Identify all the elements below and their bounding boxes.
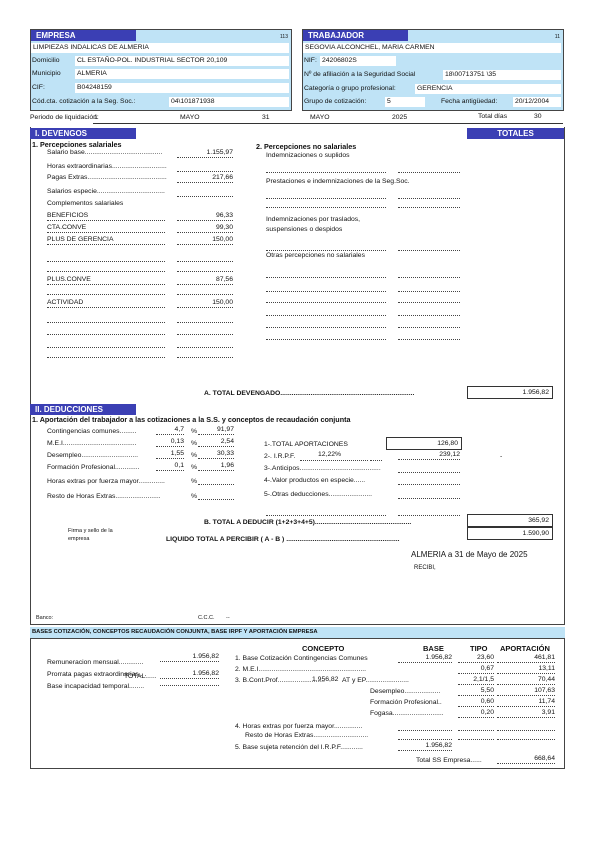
complemento-label (47, 348, 165, 358)
aportacion-title: 1. Aportación del trabajador a las cotiz… (32, 415, 350, 425)
complemento-label (47, 252, 165, 262)
banco-label: Banco: (36, 613, 53, 623)
deduccion-label: Resto de Horas Extras...................… (47, 492, 187, 502)
afiliacion-label: Nº de afiliación a la Seguridad Social (304, 70, 415, 80)
salarial-value: 217,66 (177, 173, 233, 183)
bases-left-value: 1.956,82 (160, 652, 219, 662)
irpf-dash: - (500, 452, 502, 462)
empresa-title: EMPRESA (31, 30, 136, 41)
especie-label: 4-.Valor productos en especie...... (264, 476, 365, 486)
deduccion-pct-symbol: % (191, 463, 197, 473)
grupo-label: Grupo de cotización: (304, 97, 366, 107)
deduccion-pct-symbol: % (191, 439, 197, 449)
complemento-label: PLUS.CONVE (47, 275, 165, 285)
totales-title: TOTALES (467, 128, 564, 139)
salarial-label: Horas extraordinarias...................… (47, 162, 173, 172)
recibi-label: RECIBI, (414, 563, 436, 573)
deduccion-pct: 4,7 (156, 425, 184, 435)
ccc-bank-label: C.C.C. (198, 613, 215, 623)
complemento-value (177, 285, 233, 295)
complemento-label (47, 325, 165, 335)
trabajador-code: 11 (555, 34, 560, 40)
deduccion-pct: 1,55 (156, 449, 184, 459)
deduccion-pct-symbol: % (191, 451, 197, 461)
cif-label: CIF: (32, 83, 45, 93)
total-ss-value: 668,64 (497, 754, 555, 764)
complemento-label: BENEFICIOS (47, 211, 165, 221)
bases-row-aportacion: 70,44 (497, 675, 555, 685)
total-aportaciones-label: 1-.TOTAL APORTACIONES (264, 440, 348, 450)
bases-row-aportacion: 107,63 (497, 686, 555, 696)
deduccion-label: Desempleo.............................. (47, 451, 153, 461)
deduccion-pct: 0,1 (156, 461, 184, 471)
complemento-label: ACTIVIDAD (47, 298, 165, 308)
complementos-label: Complementos salariales (47, 199, 123, 209)
deduccion-value: 1,96 (198, 461, 234, 471)
complemento-value (177, 252, 233, 262)
deduccion-pct-symbol: % (191, 492, 197, 502)
categoria-value: GERENCIA (415, 84, 561, 94)
otras-percepciones-label: Otras percepciones no salariales (266, 251, 365, 261)
bases-title: BASES COTIZACIÓN, CONCEPTOS RECAUDACIÓN … (30, 627, 565, 639)
deduccion-pct-symbol: % (191, 427, 197, 437)
deduccion-pct-symbol: % (191, 477, 197, 487)
periodo-label: Periodo de liquidación: (30, 113, 99, 123)
total-devengado-label: A. TOTAL DEVENGADO......................… (204, 389, 462, 399)
salarial-label: Salarios especie........................… (47, 187, 173, 197)
bases-row-sub: Formación Profesional.. (370, 698, 442, 708)
complemento-value (177, 348, 233, 358)
deduccion-value (198, 490, 234, 500)
empresa-name: LIMPIEZAS INDALICAS DE ALMERIA (31, 43, 289, 53)
irpf-pct: 12,22% (318, 450, 341, 460)
deduccion-value: 30,33 (198, 449, 234, 459)
nif-label: NIF: (304, 56, 317, 66)
ccc-label: Cód.cta. cotización a la Seg. Soc.: (32, 97, 136, 107)
periodo-year: 2025 (392, 113, 407, 123)
complemento-value: 150,00 (177, 235, 233, 245)
complemento-label (47, 313, 165, 323)
base-irpf-label: 5. Base sujeta retención del I.R.P.F....… (235, 743, 363, 753)
categoria-label: Categoría o grupo profesional: (304, 84, 396, 94)
base-irpf-value: 1.956,82 (398, 741, 452, 751)
ccc-value: 04\101871938 (169, 97, 289, 107)
periodo-from-month: MAYO (180, 113, 200, 123)
bases-row-sub: AT y EP....................... (342, 676, 409, 686)
deduccion-value: 91,97 (198, 425, 234, 435)
bases-left-label: Base incapacidad temporal........ (47, 682, 144, 692)
bases-row-tipo: 0,67 (458, 664, 494, 674)
grupo-value: 5 (385, 97, 425, 107)
salarial-value (177, 162, 233, 172)
bases-row-aportacion: 461,81 (497, 653, 555, 663)
bases-row-aportacion: 11,74 (497, 697, 555, 707)
bases-row-aportacion: 13,11 (497, 664, 555, 674)
complemento-value (177, 325, 233, 335)
deduccion-value (198, 475, 234, 485)
bases-row-tipo: 2,1/1,5 (458, 675, 494, 685)
liquido-value: 1.590,90 (467, 527, 553, 540)
complemento-value: 150,00 (177, 298, 233, 308)
liquido-label: LIQUIDO TOTAL A PERCIBIR ( A - B ) .....… (166, 535, 462, 545)
total-aportaciones-value: 126,80 (386, 437, 462, 450)
salarial-label: Pagas Extras............................… (47, 173, 173, 183)
devengos-title: I. DEVENGOS (30, 128, 136, 139)
cif-value: B04248159 (75, 83, 289, 93)
otras-deducciones-label: 5-.Otras deducciones....................… (264, 490, 372, 500)
complemento-value: 96,33 (177, 211, 233, 221)
bases-row-aportacion: 3,91 (497, 708, 555, 718)
domicilio-value: CL ESTAÑO-POL. INDUSTRIAL SECTOR 20,109 (75, 56, 289, 66)
empresa-panel: EMPRESA 113 LIMPIEZAS INDALICAS DE ALMER… (30, 29, 292, 111)
salarial-value (177, 187, 233, 197)
bases-row-base: 1.956,82 (312, 675, 338, 685)
bases-left-label: Remuneracion mensual............. (47, 658, 143, 668)
bases-row-sub: Desempleo................... (370, 687, 440, 697)
periodo-to-month: MAYO (310, 113, 330, 123)
irpf-label: 2-. I.R.P.F. (264, 452, 295, 462)
ccc-bank-value: -- (226, 613, 230, 623)
domicilio-label: Domicilio (32, 56, 60, 66)
prestaciones-label: Prestaciones e indemnizaciones de la Seg… (266, 177, 410, 187)
bases-row-label: 1. Base Cotización Contingencias Comunes (235, 654, 395, 664)
irpf-value: 239,12 (398, 450, 460, 460)
periodo-from-day: 1 (94, 113, 98, 123)
nif-value: 24206802S (320, 56, 396, 66)
traslados-label-1: Indemnizaciones por traslados, (266, 215, 360, 225)
salarial-label: Salario base............................… (47, 148, 173, 158)
firma-label: Firma y sello de la empresa (68, 527, 130, 543)
bases-left-value (160, 676, 219, 686)
complemento-value (177, 262, 233, 272)
salarial-value: 1.155,97 (177, 148, 233, 158)
bases-row-label: 2. M.E.I................................… (235, 665, 395, 675)
bases-row-tipo: 5,50 (458, 686, 494, 696)
afiliacion-value: 18\00713751 \35 (443, 70, 561, 80)
bases-left-label: Prorrata pagas extraordinarias.. . (47, 670, 146, 680)
total-dias-value: 30 (534, 112, 542, 122)
total-ss-label: Total SS Empresa...... (416, 756, 482, 766)
deduccion-label: Horas extras por fuerza mayor...........… (47, 477, 187, 487)
header-concepto: CONCEPTO (302, 644, 344, 654)
complemento-label (47, 338, 165, 348)
lugar-fecha: ALMERIA a 31 de Mayo de 2025 (411, 550, 528, 560)
municipio-value: ALMERIA (75, 69, 289, 79)
empresa-code: 113 (280, 34, 288, 40)
traslados-label-2: suspensiones o despidos (266, 225, 342, 235)
periodo-to-day: 31 (262, 113, 270, 123)
complemento-value: 87,56 (177, 275, 233, 285)
deduccion-label: M.E.I...................................… (47, 439, 153, 449)
complemento-label: CTA.CONVE (47, 223, 165, 233)
deduccion-label: Contingencias comunes......... (47, 427, 153, 437)
antiguedad-label: Fecha antigüedad: (441, 97, 497, 107)
deduccion-value: 2,54 (198, 437, 234, 447)
total-deducir-label: B. TOTAL A DEDUCIR (1+2+3+4+5)..........… (204, 518, 462, 528)
bases-row-tipo: 23,60 (458, 653, 494, 663)
anticipos-label: 3-.Anticipos............................… (264, 464, 384, 474)
municipio-label: Municipio (32, 69, 61, 79)
bases-row-tipo: 0,20 (458, 708, 494, 718)
complemento-label (47, 285, 165, 295)
deducciones-title: II. DEDUCCIONES (30, 404, 136, 415)
trabajador-title: TRABAJADOR (303, 30, 408, 41)
bases-row-base: 1.956,82 (398, 653, 452, 663)
bases-row-tipo: 0,60 (458, 697, 494, 707)
complemento-value: 99,30 (177, 223, 233, 233)
complemento-label (47, 262, 165, 272)
indemnizaciones-label: Indemnizaciones o suplidos (266, 151, 350, 161)
antiguedad-value: 20/12/2004 (513, 97, 561, 107)
total-devengado-value: 1.956,82 (467, 386, 553, 399)
deduccion-pct: 0,13 (156, 437, 184, 447)
complemento-value (177, 338, 233, 348)
total-dias-label: Total días (478, 112, 507, 122)
resto-horas-label: Resto de Horas Extras...................… (245, 731, 368, 741)
deduccion-label: Formación Profesional............. (47, 463, 153, 473)
trabajador-panel: TRABAJADOR 11 SEGOVIA ALCONCHEL, MARIA C… (302, 29, 564, 111)
total-deducir-value: 365,92 (467, 514, 553, 527)
bases-row-sub: Fogasa........................... (370, 709, 444, 719)
trabajador-name: SEGOVIA ALCONCHEL, MARIA CARMEN (303, 43, 561, 53)
complemento-value (177, 313, 233, 323)
complemento-label: PLUS DE GERENCIA (47, 235, 165, 245)
